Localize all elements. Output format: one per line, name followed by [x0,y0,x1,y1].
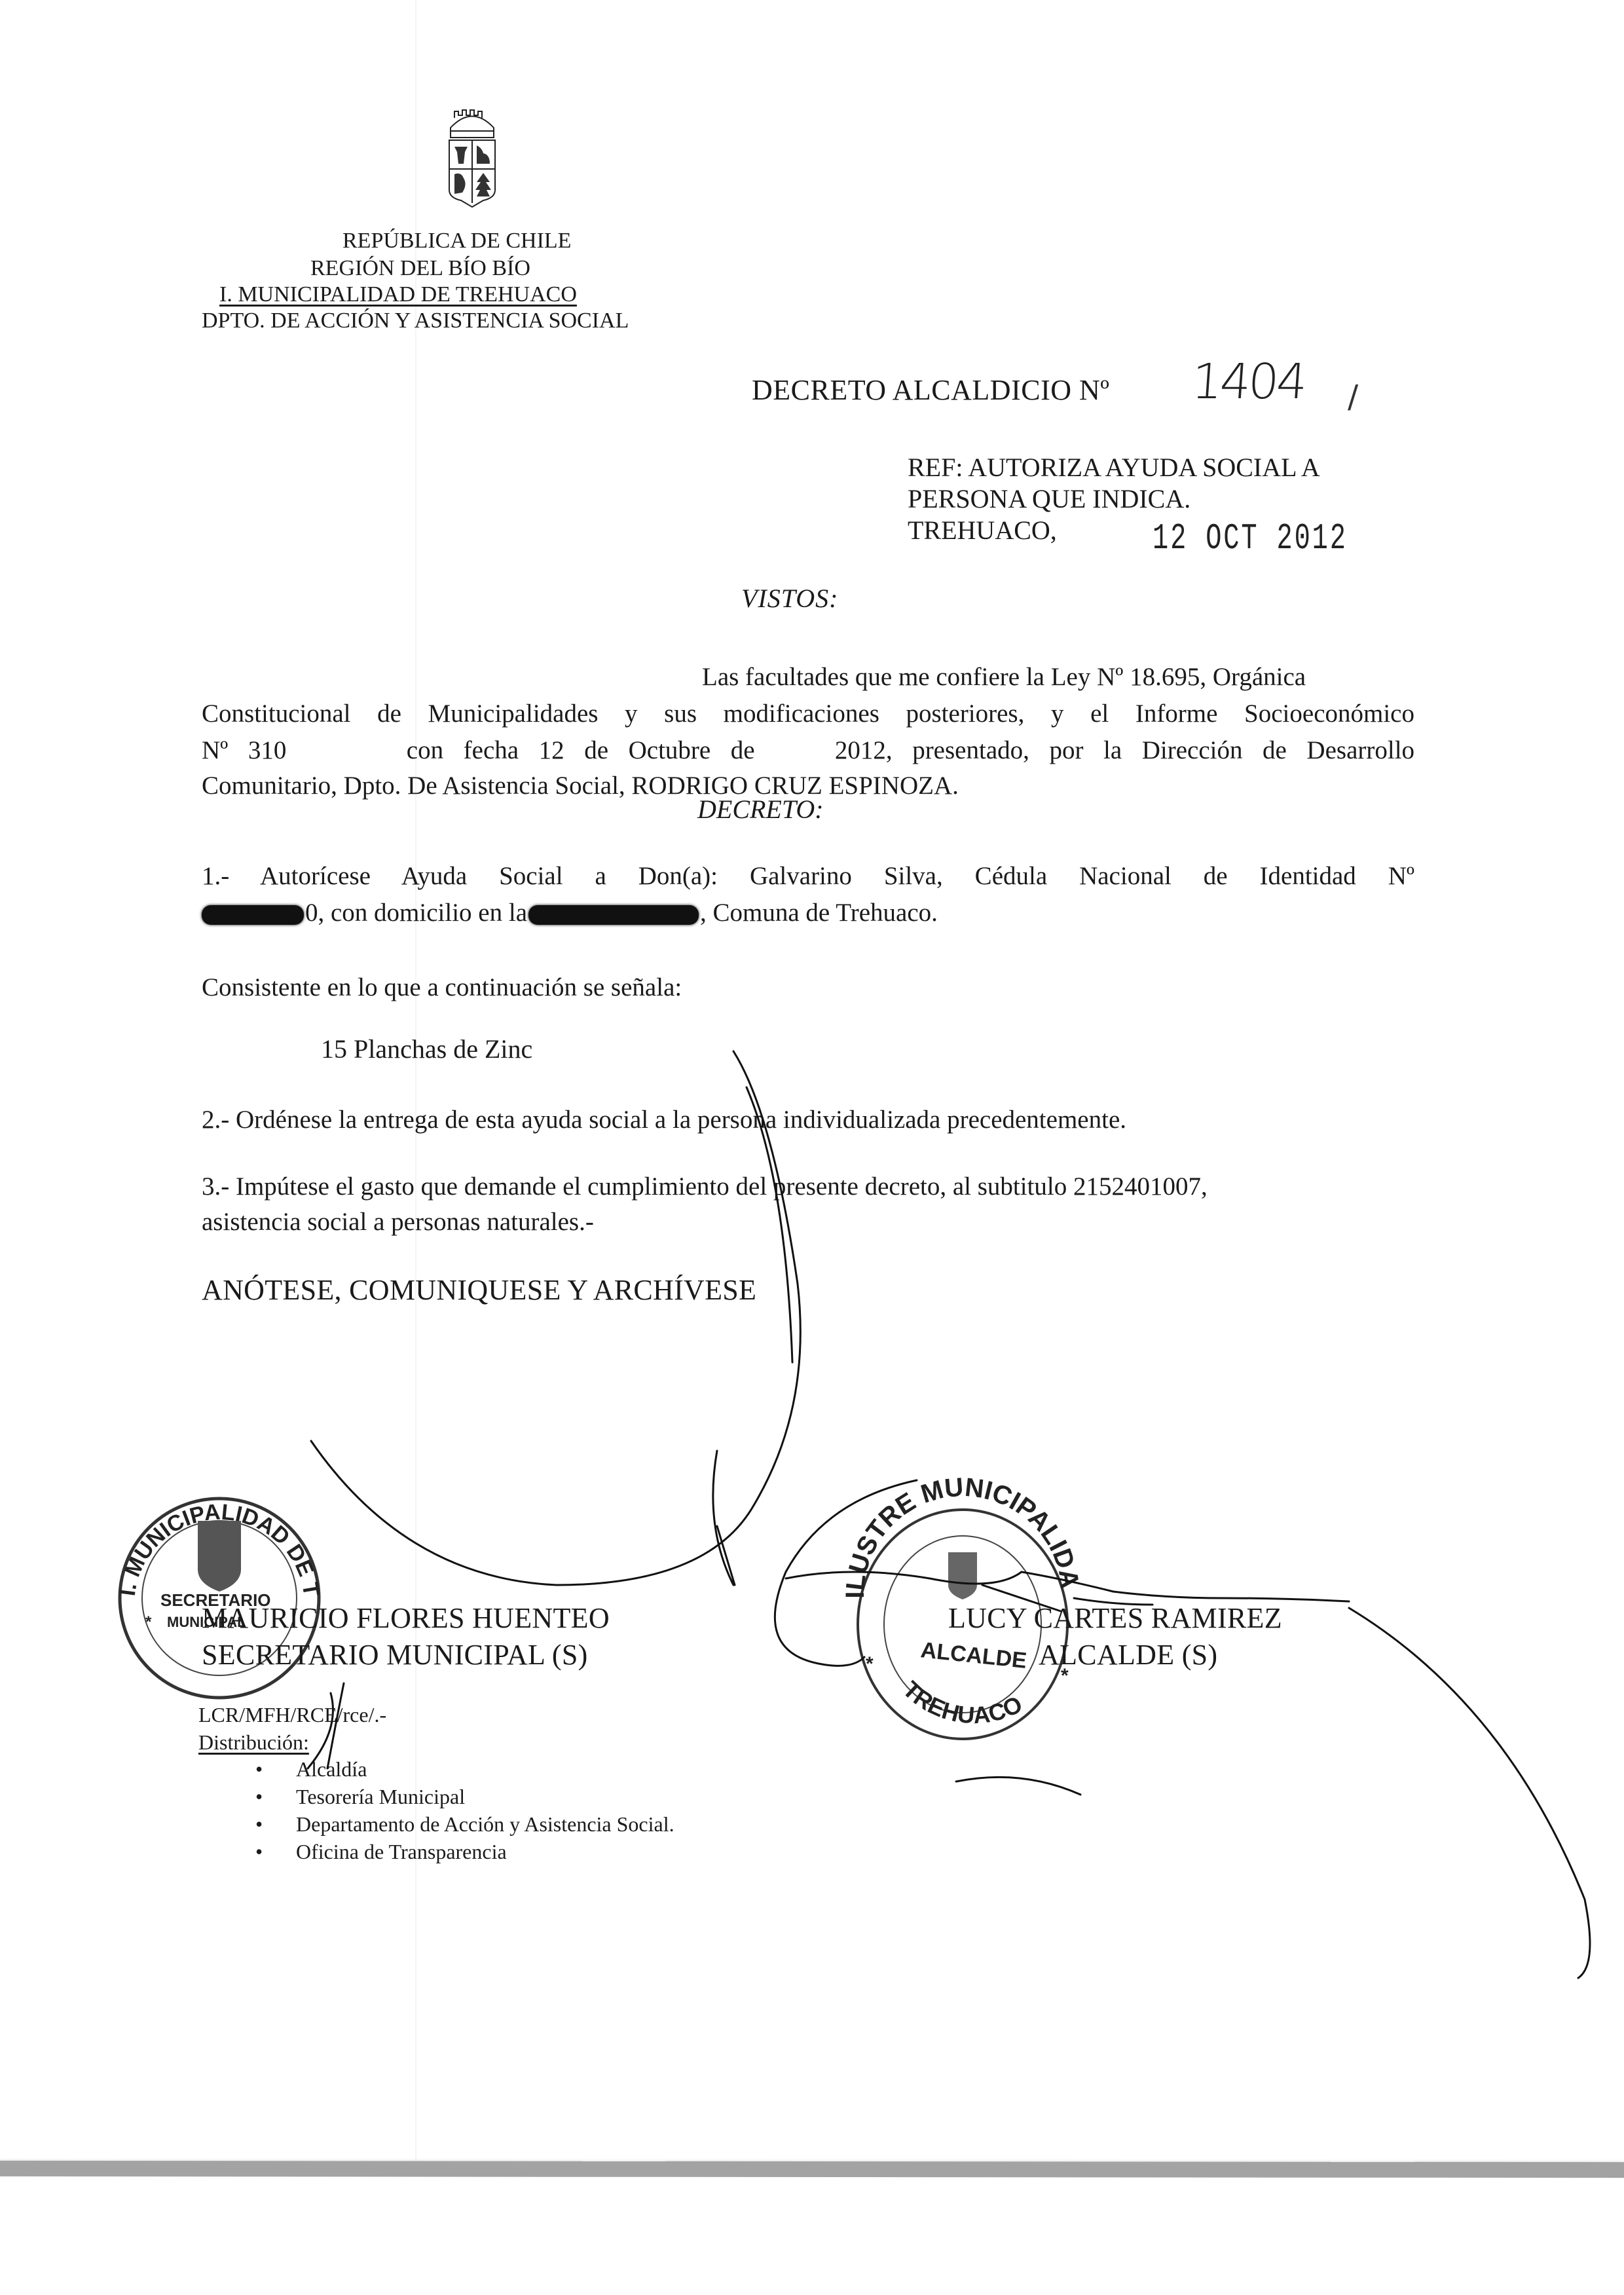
header-department: DPTO. DE ACCIÓN Y ASISTENCIA SOCIAL [202,308,629,334]
header-country: REPÚBLICA DE CHILE [342,228,571,254]
decree-title: DECRETO ALCALDICIO Nº [752,373,1109,407]
vistos-line-3: Nº 310 con fecha 12 de Octubre de 2012, … [202,732,1414,769]
decree-number-suffix: / [1348,379,1358,415]
consistent-label: Consistente en lo que a continuación se … [202,969,682,1006]
vistos-line-3-part-1: Nº [202,736,228,764]
aid-item: 15 Planchas de Zinc [321,1034,532,1064]
reference-line-2: PERSONA QUE INDICA. [908,485,1190,513]
item-2: 2.- Ordénese la entrega de esta ayuda so… [202,1102,1126,1138]
mayor-name: LUCY CARTES RAMIREZ [948,1602,1282,1635]
coat-of-arms-icon [443,98,502,210]
distribution-item: Tesorería Municipal [255,1783,674,1810]
vistos-line-3-part-2: 310 [248,736,287,764]
header-municipality: I. MUNICIPALIDAD DE TREHUACO [219,282,577,308]
header-region: REGIÓN DEL BÍO BÍO [310,255,530,282]
vistos-line-3-part-5: 2012, presentado, por la Dirección de De… [835,736,1414,764]
item-3-line-1: 3.- Impútese el gasto que demande el cum… [202,1168,1208,1205]
vistos-line-4: Comunitario, Dpto. De Asistencia Social,… [202,768,959,804]
item-3-line-2: asistencia social a personas naturales.- [202,1204,594,1241]
document-page: REPÚBLICA DE CHILE REGIÓN DEL BÍO BÍO I.… [0,0,1624,2168]
item-1-line-2: 0, con domicilio en la, Comuna de Trehua… [202,895,938,931]
svg-text:*: * [866,1653,874,1675]
place: TREHUACO, [908,516,1057,545]
secretary-seal-icon: I. MUNICIPALIDAD DE TREHUACO SECRETARIO … [0,0,324,1698]
initials-reference: LCR/MFH/RCE/rce/.- [198,1702,386,1728]
item-1-line-1: 1.- Autorícese Ayuda Social a Don(a): Ga… [202,858,1414,895]
redacted-address [528,905,699,925]
secretary-name: MAURICIO FLORES HUENTEO [202,1602,610,1635]
vistos-line-2: Constitucional de Municipalidades y sus … [202,696,1414,732]
item-1-id-suffix: 0, con domicilio en la [305,899,527,927]
vistos-heading: VISTOS: [741,583,838,614]
redacted-id-number [202,905,304,925]
secretary-title: SECRETARIO MUNICIPAL (S) [202,1639,588,1671]
vistos-line-3-part-3: con [407,736,443,764]
svg-text:ALCALDE: ALCALDE [919,1637,1028,1673]
distribution-list: Alcaldía Tesorería Municipal Departament… [255,1755,674,1865]
vistos-line-1: Las facultades que me confiere la Ley Nº… [702,659,1306,696]
mayor-title: ALCALDE (S) [1039,1639,1217,1671]
closing-formula: ANÓTESE, COMUNIQUESE Y ARCHÍVESE [202,1273,756,1307]
svg-text:TREHUACO: TREHUACO [898,1675,1026,1728]
scan-edge-band [0,2161,1624,2178]
reference-line-1: REF: AUTORIZA AYUDA SOCIAL A [908,453,1320,482]
distribution-item: Departamento de Acción y Asistencia Soci… [255,1810,674,1838]
date-stamp: 12 OCT 2012 [1153,517,1348,559]
decreto-heading: DECRETO: [697,794,824,825]
decree-number-handwritten: 1404 [1190,354,1306,410]
vistos-line-3-part-4: fecha 12 de Octubre de [464,736,755,764]
svg-text:*: * [145,1613,152,1631]
distribution-item: Alcaldía [255,1755,674,1783]
item-1-line-2-end: , Comuna de Trehuaco. [700,899,938,927]
distribution-heading: Distribución: [198,1729,309,1755]
distribution-item: Oficina de Transparencia [255,1838,674,1865]
